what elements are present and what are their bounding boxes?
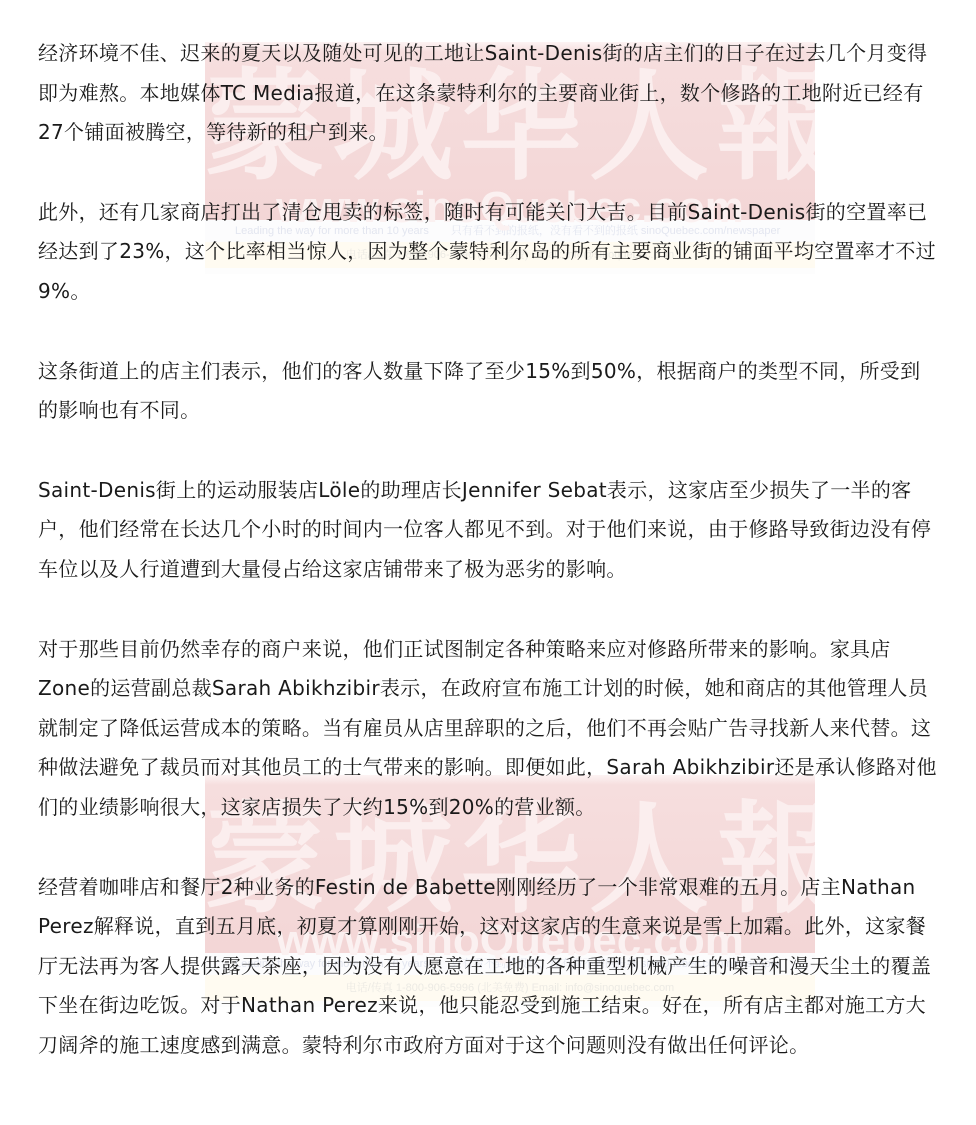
article-paragraph: 经营着咖啡店和餐厅2种业务的Festin de Babette刚刚经历了一个非常… (38, 868, 938, 1066)
article-body: 经济环境不佳、迟来的夏天以及随处可见的工地让Saint-Denis街的店主们的日… (0, 0, 976, 1065)
article-paragraph: 这条街道上的店主们表示，他们的客人数量下降了至少15%到50%，根据商户的类型不… (38, 352, 938, 431)
article-paragraph: 此外，还有几家商店打出了清仓甩卖的标签，随时有可能关门大吉。目前Saint-De… (38, 193, 938, 312)
article-paragraph: 对于那些目前仍然幸存的商户来说，他们正试图制定各种策略来应对修路所带来的影响。家… (38, 630, 938, 828)
article-paragraph: Saint-Denis街上的运动服装店Löle的助理店长Jennifer Seb… (38, 471, 938, 590)
article-paragraph: 经济环境不佳、迟来的夏天以及随处可见的工地让Saint-Denis街的店主们的日… (38, 34, 938, 153)
